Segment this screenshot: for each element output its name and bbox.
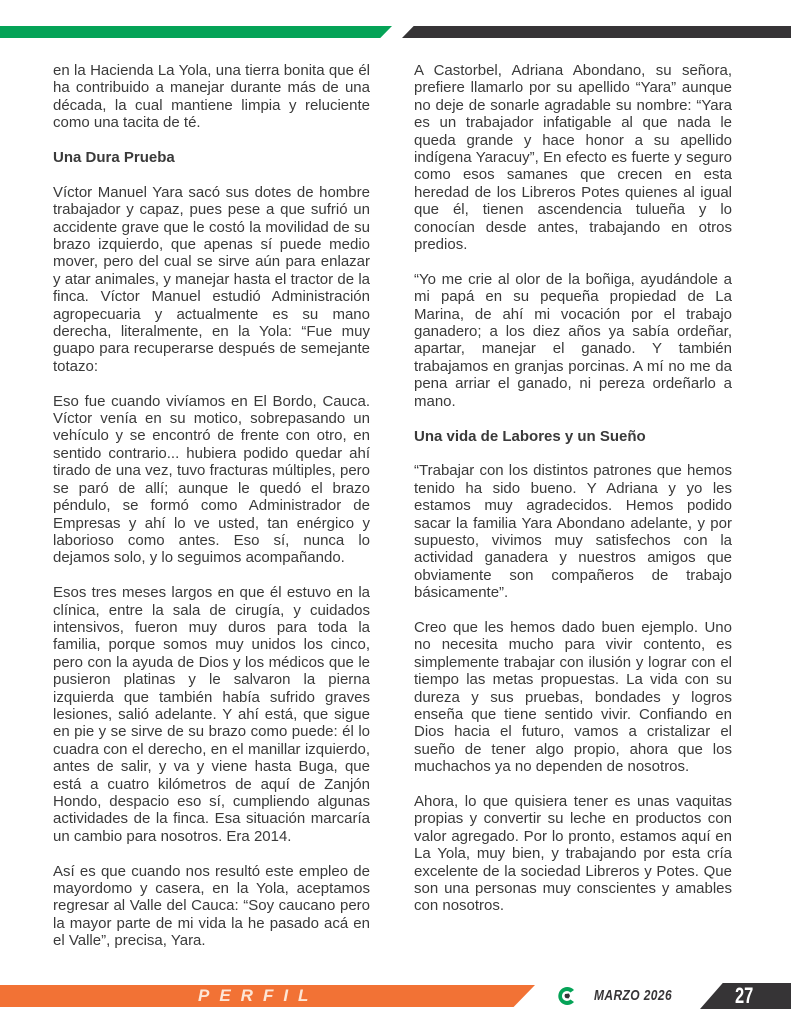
paragraph: Víctor Manuel Yara sacó sus dotes de hom… <box>53 184 370 375</box>
footer-section-label: PERFIL <box>198 985 318 1007</box>
paragraph: “Trabajar con los distintos patrones que… <box>414 462 732 601</box>
paragraph: Así es que cuando nos resultó este emple… <box>53 863 370 950</box>
paragraph: A Castorbel, Adriana Abondano, su señora… <box>414 62 732 253</box>
paragraph: Creo que les hemos dado buen ejemplo. Un… <box>414 619 732 776</box>
page-number: 27 <box>735 983 753 1009</box>
paragraph: Esos tres meses largos en que él estuvo … <box>53 584 370 845</box>
article-right-column: A Castorbel, Adriana Abondano, su señora… <box>414 62 732 932</box>
paragraph: “Yo me crie al olor de la boñiga, ayudán… <box>414 271 732 410</box>
paragraph: Eso fue cuando vivíamos en El Bordo, Cau… <box>53 393 370 567</box>
header-dark-bar <box>402 26 791 38</box>
paragraph: en la Hacienda La Yola, una tierra bonit… <box>53 62 370 132</box>
paragraph: Ahora, lo que quisiera tener es unas vaq… <box>414 793 732 915</box>
header-green-bar <box>0 26 392 38</box>
issue-date: MARZO 2026 <box>594 985 672 1007</box>
section-heading: Una vida de Labores y un Sueño <box>414 428 732 445</box>
article-left-column: en la Hacienda La Yola, una tierra bonit… <box>53 62 370 967</box>
magazine-c-logo-icon <box>556 985 578 1007</box>
section-heading: Una Dura Prueba <box>53 149 370 166</box>
